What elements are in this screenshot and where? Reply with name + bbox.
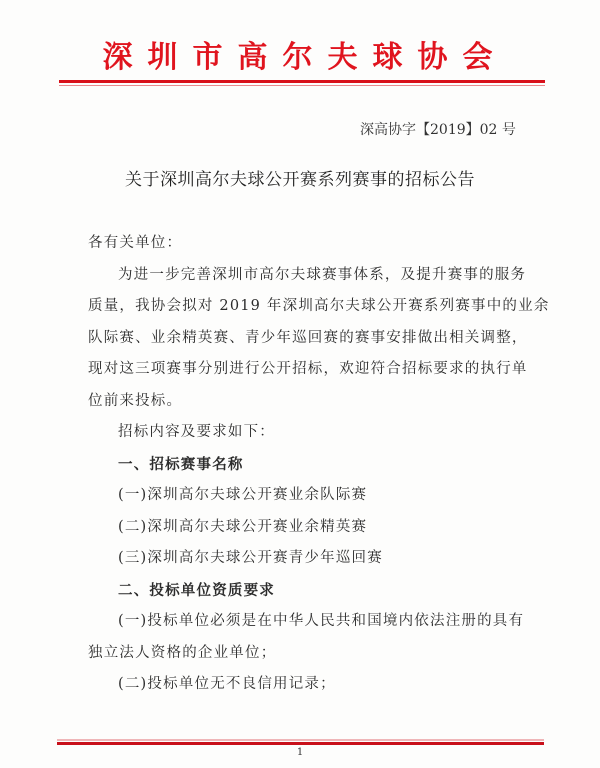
event-list-item: (一)深圳高尔夫球公开赛业余队际赛 [88, 480, 500, 512]
page-number: 1 [0, 747, 600, 758]
section-heading-qualifications: 二、投标单位资质要求 [88, 575, 500, 607]
qualification-line: 独立法人资格的企业单位； [88, 638, 500, 670]
masthead-organization: 深圳市高尔夫球协会 [0, 38, 600, 78]
event-list-item: (三)深圳高尔夫球公开赛青少年巡回赛 [88, 543, 500, 575]
masthead-rule-thin [59, 85, 545, 86]
paragraph-line: 现对这三项赛事分别进行公开招标，欢迎符合招标要求的执行单 [88, 354, 500, 386]
qualification-item: (二)投标单位无不良信用记录； [88, 669, 500, 701]
requirements-intro: 招标内容及要求如下： [88, 417, 500, 449]
paragraph-line: 为进一步完善深圳市高尔夫球赛事体系，及提升赛事的服务 [88, 260, 500, 292]
section-heading-event-names: 一、招标赛事名称 [88, 449, 500, 481]
footer-rule-thick [57, 742, 544, 745]
paragraph-line: 队际赛、业余精英赛、青少年巡回赛的赛事安排做出相关调整， [88, 323, 500, 355]
qualification-line: (一)投标单位必须是在中华人民共和国境内依法注册的具有 [88, 606, 500, 638]
masthead-rule-thick [59, 80, 545, 83]
paragraph-line: 位前来投标。 [88, 386, 500, 418]
footer-rule-thin [57, 739, 544, 741]
event-list-item: (二)深圳高尔夫球公开赛业余精英赛 [88, 512, 500, 544]
paragraph-line: 质量，我协会拟对 2019 年深圳高尔夫球公开赛系列赛事中的业余 [88, 291, 500, 323]
document-title: 关于深圳高尔夫球公开赛系列赛事的招标公告 [0, 165, 600, 190]
document-body: 各有关单位： 为进一步完善深圳市高尔夫球赛事体系，及提升赛事的服务 质量，我协会… [88, 228, 500, 701]
salutation: 各有关单位： [88, 228, 500, 260]
document-number: 深高协字【2019】02 号 [360, 120, 516, 140]
